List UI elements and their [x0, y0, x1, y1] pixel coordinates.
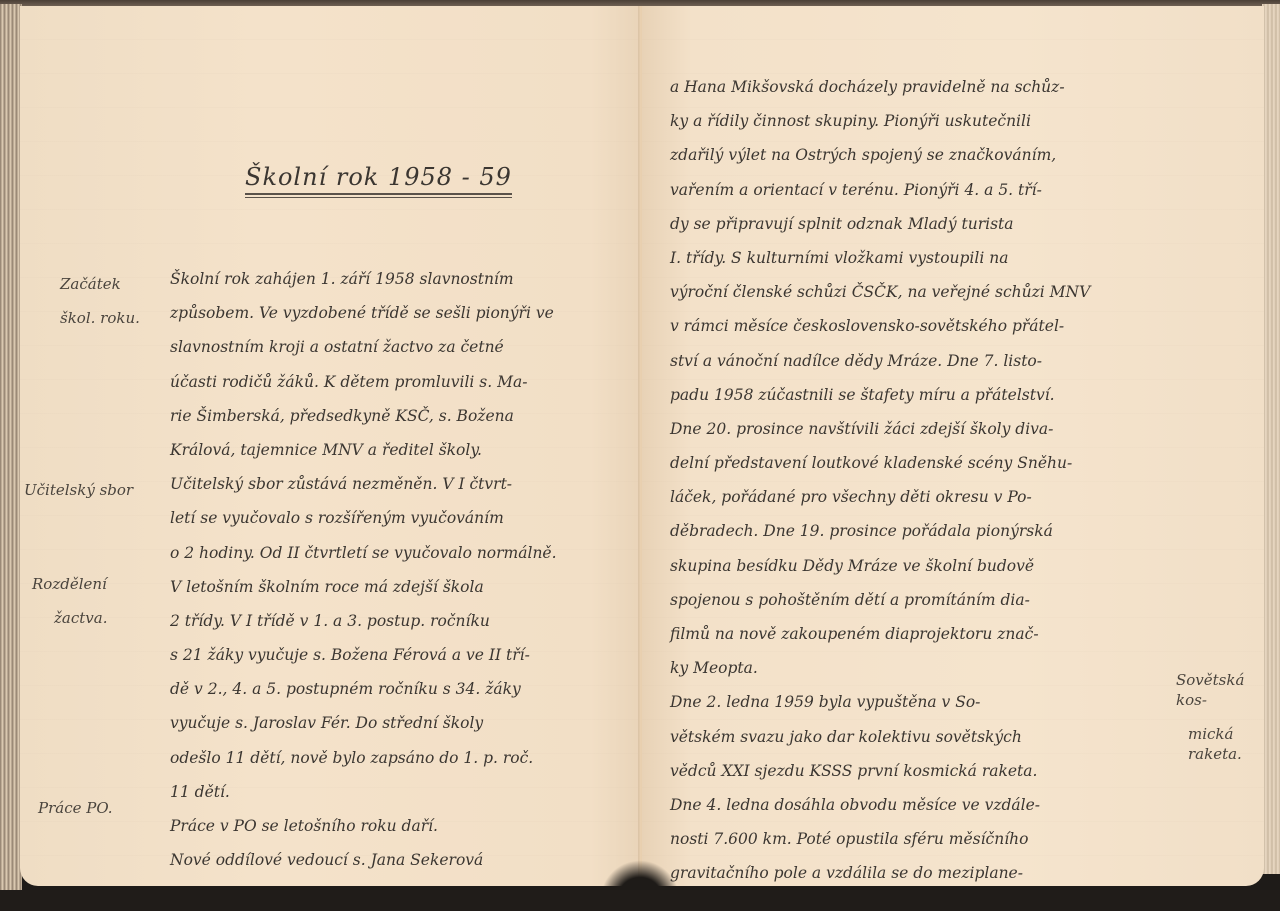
left-page: Školní rok 1958 - 59 Začátek škol. roku.…	[20, 6, 640, 886]
margin-note-line: mická raketa.	[1176, 724, 1264, 764]
text-line: výroční členské schůzi ČSČK, na veřejné …	[670, 275, 1140, 309]
margin-note-line: Práce PO.	[38, 798, 113, 818]
page-edges-left	[0, 4, 22, 894]
margin-note-prace-po: Práce PO.	[38, 798, 113, 818]
text-line: rie Šimberská, předsedkyně KSČ, s. Božen…	[170, 399, 630, 433]
text-line: slavnostním kroji a ostatní žactvo za če…	[170, 330, 630, 364]
margin-note-zacatek: Začátek škol. roku.	[60, 274, 140, 328]
text-line: V letošním školním roce má zdejší škola	[170, 570, 630, 604]
text-line: skupina besídku Dědy Mráze ve školní bud…	[670, 549, 1140, 583]
text-line: a Hana Mikšovská docházely pravidelně na…	[670, 70, 1140, 104]
right-page: a Hana Mikšovská docházely pravidelně na…	[642, 6, 1264, 886]
margin-note-line: Učitelský sbor	[24, 480, 133, 500]
text-line: odešlo 11 dětí, nově bylo zapsáno do 1. …	[170, 741, 630, 775]
text-line: filmů na nově zakoupeném diaprojektoru z…	[670, 617, 1140, 651]
text-line: 2 třídy. V I třídě v 1. a 3. postup. roč…	[170, 604, 630, 638]
text-line: Dne 4. ledna dosáhla obvodu měsíce ve vz…	[670, 788, 1140, 822]
text-line: vědců XXI sjezdu KSSS první kosmická rak…	[670, 754, 1140, 788]
text-line: děbradech. Dne 19. prosince pořádala pio…	[670, 514, 1140, 548]
margin-note-rozdeleni-zactva: Rozdělení žactva.	[32, 574, 107, 628]
text-line: I. třídy. S kulturními vložkami vystoupi…	[670, 241, 1140, 275]
book-cover-bottom	[0, 890, 1280, 911]
text-line: účasti rodičů žáků. K dětem promluvili s…	[170, 365, 630, 399]
text-line: Učitelský sbor zůstává nezměněn. V I čtv…	[170, 467, 630, 501]
text-line: láček, pořádané pro všechny děti okresu …	[670, 480, 1140, 514]
margin-note-ucitelsky-sbor: Učitelský sbor	[24, 480, 133, 500]
text-line: větském svazu jako dar kolektivu sovětsk…	[670, 720, 1140, 754]
text-line: o 2 hodiny. Od II čtvrtletí se vyučovalo…	[170, 536, 630, 570]
text-line: spojenou s pohoštěním dětí a promítáním …	[670, 583, 1140, 617]
text-line: způsobem. Ve vyzdobené třídě se sešli pi…	[170, 296, 630, 330]
text-line: ky Meopta.	[670, 651, 1140, 685]
text-line: dy se připravují splnit odznak Mladý tur…	[670, 207, 1140, 241]
text-line: gravitačního pole a vzdálila se do mezip…	[670, 856, 1140, 886]
text-line: nosti 7.600 km. Poté opustila sféru měsí…	[670, 822, 1140, 856]
margin-note-line: škol. roku.	[60, 308, 140, 328]
text-line: Školní rok zahájen 1. září 1958 slavnost…	[170, 262, 630, 296]
text-line: padu 1958 zúčastnili se štafety míru a p…	[670, 378, 1140, 412]
text-line: Dne 20. prosince navštívili žáci zdejší …	[670, 412, 1140, 446]
text-line: Dne 2. ledna 1959 byla vypuštěna v So-	[670, 685, 1140, 719]
page-edges-right	[1262, 4, 1280, 874]
text-line: ství a vánoční nadílce dědy Mráze. Dne 7…	[670, 344, 1140, 378]
margin-note-line: žactva.	[32, 608, 107, 628]
margin-note-line: Začátek	[60, 274, 140, 294]
text-line: Práce v PO se letošního roku daří.	[170, 809, 630, 843]
right-page-body: a Hana Mikšovská docházely pravidelně na…	[670, 70, 1140, 886]
text-line: Králová, tajemnice MNV a ředitel školy.	[170, 433, 630, 467]
left-page-body: Školní rok zahájen 1. září 1958 slavnost…	[170, 262, 630, 877]
page-title: Školní rok 1958 - 59	[245, 163, 512, 195]
margin-note-sovetska-raketa: Sovětská kos- mická raketa.	[1176, 670, 1264, 764]
book-scan: Školní rok 1958 - 59 Začátek škol. roku.…	[0, 0, 1280, 911]
text-line: delní představení loutkové kladenské scé…	[670, 446, 1140, 480]
text-line: v rámci měsíce československo-sovětského…	[670, 309, 1140, 343]
text-line: dě v 2., 4. a 5. postupném ročníku s 34.…	[170, 672, 630, 706]
margin-note-line: Sovětská kos-	[1176, 670, 1264, 710]
text-line: 11 dětí.	[170, 775, 630, 809]
text-line: zdařilý výlet na Ostrých spojený se znač…	[670, 138, 1140, 172]
text-line: vyučuje s. Jaroslav Fér. Do střední škol…	[170, 706, 630, 740]
text-line: vařením a orientací v terénu. Pionýři 4.…	[670, 173, 1140, 207]
text-line: s 21 žáky vyučuje s. Božena Férová a ve …	[170, 638, 630, 672]
text-line: Nové oddílové vedoucí s. Jana Sekerová	[170, 843, 630, 877]
text-line: ky a řídily činnost skupiny. Pionýři usk…	[670, 104, 1140, 138]
text-line: letí se vyučovalo s rozšířeným vyučování…	[170, 501, 630, 535]
margin-note-line: Rozdělení	[32, 574, 107, 594]
